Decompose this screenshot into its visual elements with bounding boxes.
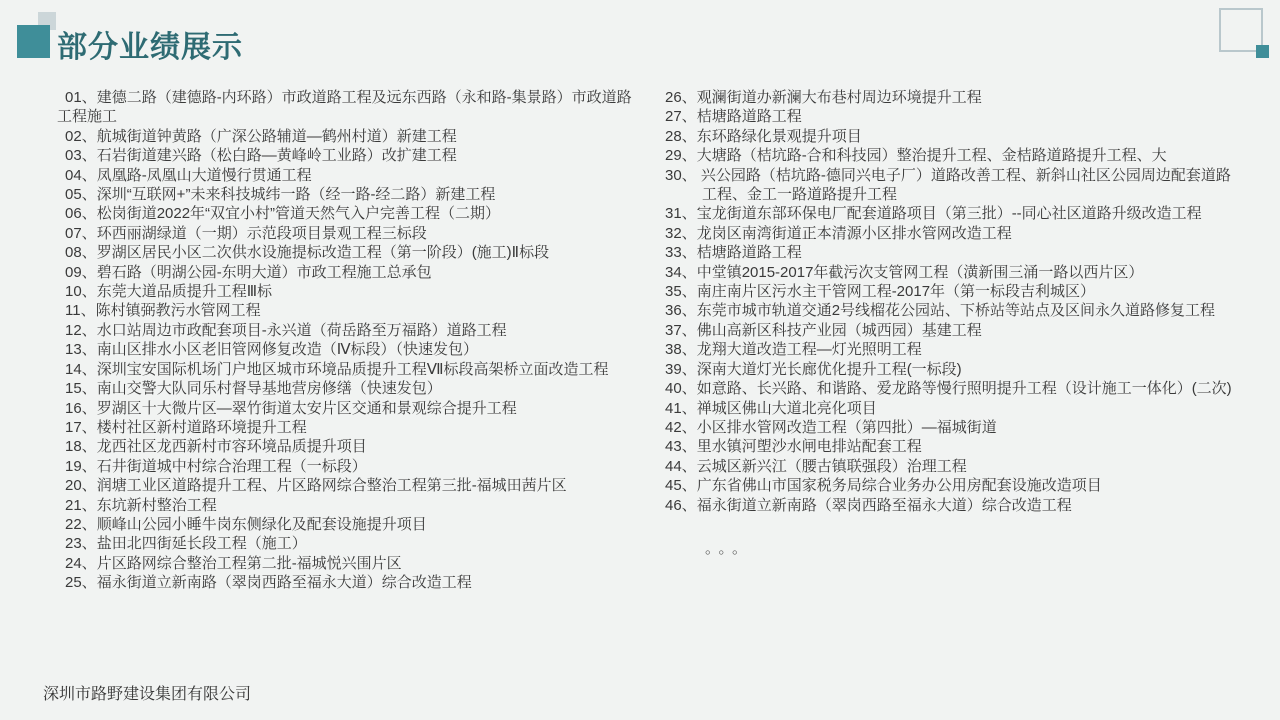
item-number: 13、 <box>65 341 97 358</box>
project-list-item: 19、石井街道城中村综合治理工程（一标段） <box>57 457 640 476</box>
item-number: 40、 <box>665 380 697 397</box>
slide: 部分业绩展示 01、建德二路（建德路-内环路）市政道路工程及远东西路（永和路-集… <box>0 0 1280 720</box>
project-list-item: 04、凤凰路-凤凰山大道慢行贯通工程 <box>57 166 640 185</box>
project-list-item: 46、福永街道立新南路（翠岗西路至福永大道）综合改造工程 <box>665 496 1241 515</box>
item-number: 22、 <box>65 516 97 533</box>
project-list-item: 06、松岗街道2022年“双宜小村”管道天然气入户完善工程（二期） <box>57 204 640 223</box>
project-list-item: 34、中堂镇2015-2017年截污次支管网工程（潢新围三涌一路以西片区） <box>665 263 1241 282</box>
project-list-item: 42、小区排水管网改造工程（第四批）—福城街道 <box>665 418 1241 437</box>
project-list-item: 22、顺峰山公园小睡牛岗东侧绿化及配套设施提升项目 <box>57 515 640 534</box>
item-number: 37、 <box>665 322 697 339</box>
item-number: 31、 <box>665 205 697 222</box>
item-number: 14、 <box>65 361 97 378</box>
project-column-left: 01、建德二路（建德路-内环路）市政道路工程及远东西路（永和路-集景路）市政道路… <box>57 88 640 593</box>
project-list-item: 09、碧石路（明湖公园-东明大道）市政工程施工总承包 <box>57 263 640 282</box>
item-number: 29、 <box>665 147 697 164</box>
project-list-item: 03、石岩街道建兴路（松白路—黄峰岭工业路）改扩建工程 <box>57 146 640 165</box>
project-list-item: 39、深南大道灯光长廊优化提升工程(一标段) <box>665 360 1241 379</box>
title-decor-square <box>17 25 50 58</box>
project-list-item: 25、福永街道立新南路（翠岗西路至福永大道）综合改造工程 <box>57 573 640 592</box>
item-number: 02、 <box>65 128 97 145</box>
page-title: 部分业绩展示 <box>57 22 243 66</box>
item-number: 08、 <box>65 244 97 261</box>
project-list-item: 30、 兴公园路（桔坑路-德同兴电子厂）道路改善工程、新斜山社区公园周边配套道路… <box>665 166 1241 205</box>
project-list-item: 32、龙岗区南湾街道正本清源小区排水管网改造工程 <box>665 224 1241 243</box>
item-number: 46、 <box>665 497 697 514</box>
project-list-item: 36、东莞市城市轨道交通2号线榴花公园站、下桥站等站点及区间永久道路修复工程 <box>665 301 1241 320</box>
project-list-item: 11、陈村镇弼教污水管网工程 <box>57 301 640 320</box>
project-list-right: 26、观澜街道办新澜大布巷村周边环境提升工程27、桔塘路道路工程28、东环路绿化… <box>665 88 1241 515</box>
item-number: 34、 <box>665 264 697 281</box>
project-list-item: 43、里水镇河塱沙水闸电排站配套工程 <box>665 437 1241 456</box>
item-number: 06、 <box>65 205 97 222</box>
project-list-item: 28、东环路绿化景观提升项目 <box>665 127 1241 146</box>
project-list-item: 18、龙西社区龙西新村市容环境品质提升项目 <box>57 437 640 456</box>
item-number: 39、 <box>665 361 697 378</box>
item-number: 32、 <box>665 225 697 242</box>
project-list-item: 44、云城区新兴江（腰古镇联强段）治理工程 <box>665 457 1241 476</box>
project-list-item: 41、禅城区佛山大道北亮化项目 <box>665 399 1241 418</box>
project-list-item: 20、润塘工业区道路提升工程、片区路网综合整治工程第三批-福城田茜片区 <box>57 476 640 495</box>
project-list-item: 37、佛山高新区科技产业园（城西园）基建工程 <box>665 321 1241 340</box>
company-name: 深圳市路野建设集团有限公司 <box>43 681 251 704</box>
project-list-item: 35、南庄南片区污水主干管网工程-2017年（第一标段吉利城区） <box>665 282 1241 301</box>
project-list-item: 38、龙翔大道改造工程—灯光照明工程 <box>665 340 1241 359</box>
item-number: 43、 <box>665 438 697 455</box>
item-number: 36、 <box>665 302 697 319</box>
item-number: 33、 <box>665 244 697 261</box>
item-number: 35、 <box>665 283 697 300</box>
project-list-item: 17、楼村社区新村道路环境提升工程 <box>57 418 640 437</box>
project-list-item: 07、环西丽湖绿道（一期）示范段项目景观工程三标段 <box>57 224 640 243</box>
item-number: 44、 <box>665 458 697 475</box>
item-number: 23、 <box>65 535 97 552</box>
project-list-item: 23、盐田北四街延长段工程（施工） <box>57 534 640 553</box>
item-number: 20、 <box>65 477 97 494</box>
project-list-item: 33、桔塘路道路工程 <box>665 243 1241 262</box>
item-number: 42、 <box>665 419 697 436</box>
project-list-item: 45、广东省佛山市国家税务局综合业务办公用房配套设施改造项目 <box>665 476 1241 495</box>
item-number: 28、 <box>665 128 697 145</box>
project-list-item: 26、观澜街道办新澜大布巷村周边环境提升工程 <box>665 88 1241 107</box>
item-number: 25、 <box>65 574 97 591</box>
item-number: 05、 <box>65 186 97 203</box>
project-list-item: 12、水口站周边市政配套项目-永兴道（荷岳路至万福路）道路工程 <box>57 321 640 340</box>
item-number: 15、 <box>65 380 97 397</box>
project-list-item: 13、南山区排水小区老旧管网修复改造（Ⅳ标段）（快速发包） <box>57 340 640 359</box>
item-number: 27、 <box>665 108 697 125</box>
item-number: 26、 <box>665 89 697 106</box>
project-list-item: 16、罗湖区十大微片区—翠竹街道太安片区交通和景观综合提升工程 <box>57 399 640 418</box>
project-list-left: 01、建德二路（建德路-内环路）市政道路工程及远东西路（永和路-集景路）市政道路… <box>57 88 640 593</box>
item-number: 03、 <box>65 147 97 164</box>
project-list-item: 02、航城街道钟黄路（广深公路辅道—鹤州村道）新建工程 <box>57 127 640 146</box>
corner-filled-square <box>1256 45 1269 58</box>
item-number: 45、 <box>665 477 697 494</box>
item-number: 41、 <box>665 400 697 417</box>
project-list-item: 40、如意路、长兴路、和谐路、爱龙路等慢行照明提升工程（设计施工一体化）(二次) <box>665 379 1241 398</box>
project-list-item: 31、宝龙街道东部环保电厂配套道路项目（第三批）--同心社区道路升级改造工程 <box>665 204 1241 223</box>
item-number: 07、 <box>65 225 97 242</box>
project-list-item: 29、大塘路（桔坑路-合和科技园）整治提升工程、金桔路道路提升工程、大 <box>665 146 1241 165</box>
item-number: 11、 <box>65 302 96 319</box>
project-list-item: 21、东坑新村整治工程 <box>57 496 640 515</box>
item-number: 38、 <box>665 341 697 358</box>
item-number: 21、 <box>65 497 97 514</box>
item-number: 30、 <box>665 167 697 184</box>
item-number: 16、 <box>65 400 97 417</box>
project-list-item: 08、罗湖区居民小区二次供水设施提标改造工程（第一阶段）(施工)Ⅱ标段 <box>57 243 640 262</box>
item-number: 04、 <box>65 167 97 184</box>
project-list-item: 05、深圳“互联网+”未来科技城纬一路（经一路-经二路）新建工程 <box>57 185 640 204</box>
item-number: 19、 <box>65 458 97 475</box>
project-list-item: 27、桔塘路道路工程 <box>665 107 1241 126</box>
item-number: 09、 <box>65 264 97 281</box>
project-column-right: 26、观澜街道办新澜大布巷村周边环境提升工程27、桔塘路道路工程28、东环路绿化… <box>665 88 1241 558</box>
project-list-item: 14、深圳宝安国际机场门户地区城市环境品质提升工程Ⅶ标段高架桥立面改造工程 <box>57 360 640 379</box>
ellipsis: 。。。 <box>665 537 1241 558</box>
item-number: 01、 <box>65 89 97 106</box>
project-list-item: 15、南山交警大队同乐村督导基地营房修缮（快速发包） <box>57 379 640 398</box>
project-list-item: 10、东莞大道品质提升工程Ⅲ标 <box>57 282 640 301</box>
item-number: 12、 <box>65 322 97 339</box>
item-number: 10、 <box>65 283 97 300</box>
project-list-item: 24、片区路网综合整治工程第二批-福城悦兴围片区 <box>57 554 640 573</box>
item-number: 24、 <box>65 555 97 572</box>
item-number: 18、 <box>65 438 97 455</box>
item-number: 17、 <box>65 419 97 436</box>
project-list-item: 01、建德二路（建德路-内环路）市政道路工程及远东西路（永和路-集景路）市政道路… <box>57 88 640 127</box>
